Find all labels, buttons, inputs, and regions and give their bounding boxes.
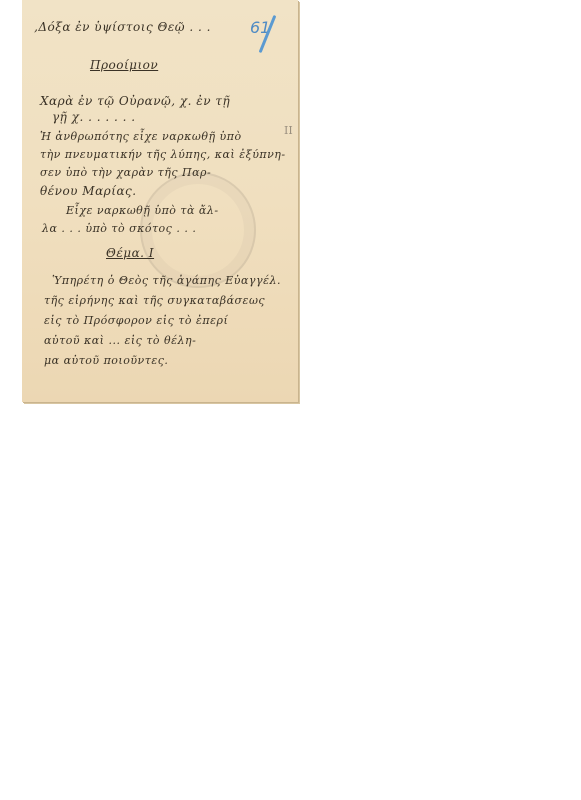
- text-line: μα αὐτοῦ ποιοῦντες.: [44, 354, 168, 367]
- text-line: θένου Μαρίας.: [40, 184, 137, 198]
- text-line: Χαρὰ ἐν τῷ Οὐρανῷ, χ. ἐν τῇ: [40, 94, 230, 108]
- text-line: τῆς εἰρήνης καὶ τῆς συγκαταβάσεως: [44, 294, 265, 307]
- text-line: Εἶχε ναρκωθῇ ὑπὸ τὰ ἄλ-: [66, 204, 219, 217]
- text-line: αὐτοῦ καὶ ... εἰς τὸ θέλη-: [44, 334, 196, 347]
- margin-mark: II: [284, 124, 293, 137]
- text-line: τὴν πνευματικήν τῆς λύπης, καὶ ἐξύπνη-: [40, 148, 286, 161]
- text-line: εἰς τὸ Πρόσφορον εἰς τὸ ἐπερί: [44, 314, 228, 327]
- text-line: λα . . . ὑπὸ τὸ σκότος . . .: [42, 222, 196, 235]
- doxology-line: ‚Δόξα ἐν ὑψίστοις Θεῷ . . .: [34, 20, 211, 34]
- section-title-thema: Θέμα. Ι: [106, 246, 154, 260]
- text-line: σεν ὑπὸ τὴν χαρὰν τῆς Παρ-: [40, 166, 211, 179]
- manuscript-page: 61 II ‚Δόξα ἐν ὑψίστοις Θεῷ . . . Προοίμ…: [22, 0, 298, 402]
- text-line: γῇ χ. . . . . . .: [52, 110, 136, 124]
- text-line: Ἡ ἀνθρωπότης εἶχε ναρκωθῇ ὑπὸ: [40, 130, 242, 143]
- text-line: Ὑπηρέτη ὁ Θεὸς τῆς ἀγάπης Εὐαγγέλ.: [52, 274, 281, 287]
- section-title-prooimion: Προοίμιον: [90, 58, 158, 72]
